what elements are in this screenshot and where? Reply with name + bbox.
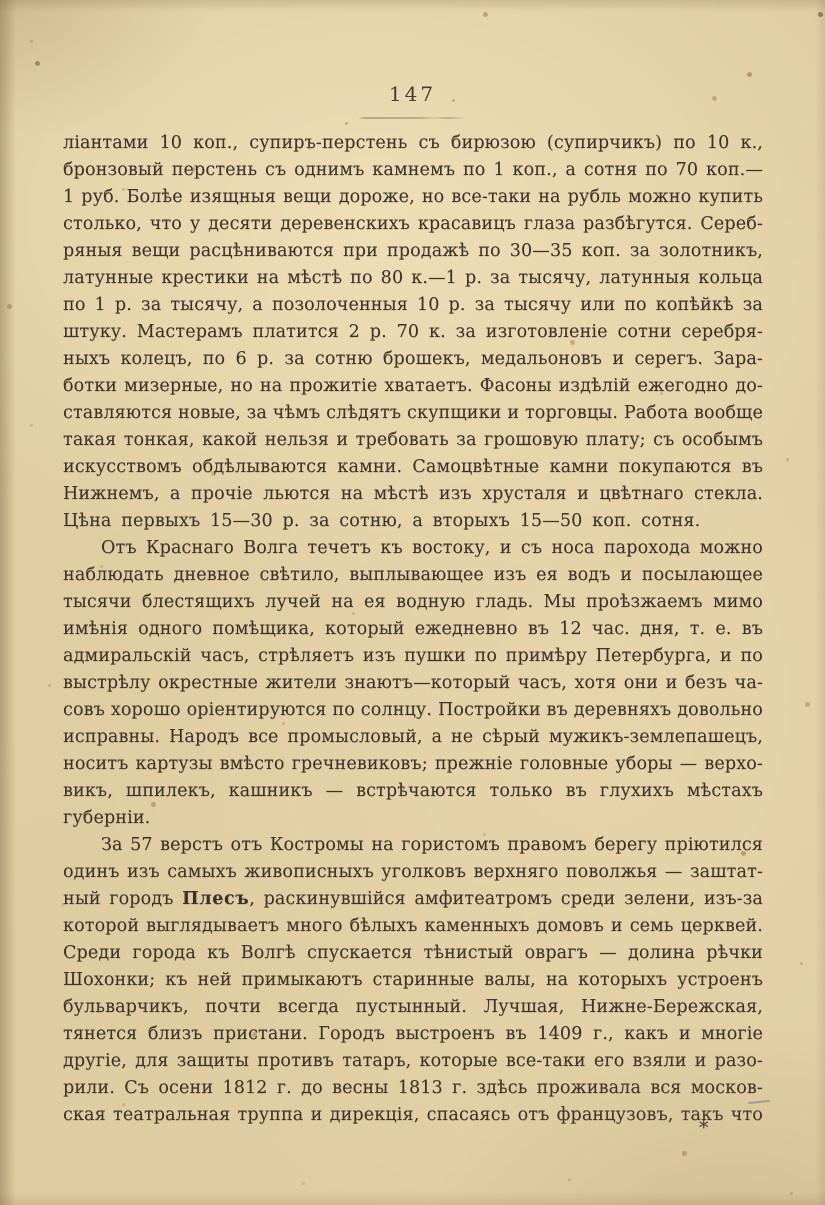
text-run: бронзовый перстень съ однимъ камнемъ по … — [63, 160, 763, 180]
text-run: носитъ картузы вмѣсто гречневиковъ; преж… — [63, 754, 763, 774]
text-run: искусствомъ обдѣлываются камни. Самоцвѣт… — [63, 457, 763, 477]
text-run: Нижнемъ, а прочіе льются на мѣстѣ изъ хр… — [63, 484, 763, 504]
text-run: имѣнія одного помѣщика, который ежедневн… — [63, 619, 763, 639]
text-run: За 57 верстъ отъ Костромы на гористомъ п… — [101, 835, 763, 855]
text-run: викъ, шпилекъ, кашникъ — встрѣчаются тол… — [63, 781, 763, 801]
text-line: латунные крестики на мѣстѣ по 80 к.—1 р.… — [63, 265, 763, 292]
text-line: столько, что у десяти деревенскихъ краса… — [63, 211, 763, 238]
text-block: ліантами 10 коп., супиръ-перстень съ бир… — [63, 130, 763, 1129]
text-line: такая тонкая, какой нельзя и требовать з… — [63, 427, 763, 454]
text-run: Отъ Краснаго Волга течетъ къ востоку, и … — [101, 538, 763, 558]
text-run: ская театральная труппа и дирекція, спас… — [63, 1105, 763, 1125]
text-line: бульварчикъ, почти всегда пустынный. Луч… — [63, 994, 763, 1021]
text-line: Среди города къ Волгѣ спускается тѣнисты… — [63, 940, 763, 967]
text-run: ряныя вещи расцѣниваются при продажѣ по … — [63, 241, 763, 261]
footnote-asterisk: * — [699, 1117, 709, 1139]
text-run: ліантами 10 коп., супиръ-перстень съ бир… — [63, 133, 763, 153]
text-line: исправны. Народъ все промысловый, а не с… — [63, 724, 763, 751]
text-line: ряныя вещи расцѣниваются при продажѣ по … — [63, 238, 763, 265]
text-run: ныхъ колецъ, по 6 р. за сотню брошекъ, м… — [63, 349, 763, 369]
text-line: Нижнемъ, а прочіе льются на мѣстѣ изъ хр… — [63, 481, 763, 508]
text-line: Цѣна первыхъ 15—30 р. за сотню, а вторых… — [63, 508, 763, 535]
text-run: исправны. Народъ все промысловый, а не с… — [63, 727, 763, 747]
text-line: 1 руб. Болѣе изящныя вещи дороже, но все… — [63, 184, 763, 211]
text-line: одинъ изъ самыхъ живописныхъ уголковъ ве… — [63, 859, 763, 886]
text-line: рили. Съ осени 1812 г. до весны 1813 г. … — [63, 1075, 763, 1102]
text-run: совъ хорошо оріентируются по солнцу. Пос… — [63, 700, 763, 720]
book-page: 147 ліантами 10 коп., супиръ-перстень съ… — [0, 0, 825, 1205]
text-run: Среди города къ Волгѣ спускается тѣнисты… — [63, 943, 763, 963]
text-run: одинъ изъ самыхъ живописныхъ уголковъ ве… — [63, 862, 763, 882]
text-run: такая тонкая, какой нельзя и требовать з… — [63, 430, 763, 450]
text-line: которой выглядываетъ много бѣлыхъ каменн… — [63, 913, 763, 940]
text-run: ный городъ — [63, 889, 182, 909]
text-line: тысячи блестящихъ лучей на ея водную гла… — [63, 589, 763, 616]
text-run: рили. Съ осени 1812 г. до весны 1813 г. … — [63, 1078, 763, 1098]
text-line: наблюдать дневное свѣтило, выплывающее и… — [63, 562, 763, 589]
page-number: 147 — [0, 82, 825, 106]
text-run: ботки мизерные, но на прожитіе хватаетъ.… — [63, 376, 763, 396]
text-line: Отъ Краснаго Волга течетъ къ востоку, и … — [63, 535, 763, 562]
text-line: штуку. Мастерамъ платится 2 р. 70 к. за … — [63, 319, 763, 346]
text-run: наблюдать дневное свѣтило, выплывающее и… — [63, 565, 763, 585]
text-run: столько, что у десяти деревенскихъ краса… — [63, 214, 763, 234]
text-run: бульварчикъ, почти всегда пустынный. Луч… — [63, 997, 763, 1021]
text-line: по 1 р. за тысячу, а позолоченныя 10 р. … — [63, 292, 763, 319]
text-run: тысячи блестящихъ лучей на ея водную гла… — [63, 592, 763, 612]
text-line: имѣнія одного помѣщика, который ежедневн… — [63, 616, 763, 643]
text-line: носитъ картузы вмѣсто гречневиковъ; преж… — [63, 751, 763, 778]
text-line: ставляются новые, за чѣмъ слѣдятъ скупщи… — [63, 400, 763, 427]
text-line: ліантами 10 коп., супиръ-перстень съ бир… — [63, 130, 763, 157]
text-line: тянется близъ пристани. Городъ выстроенъ… — [63, 1021, 763, 1048]
page-number-rule — [358, 117, 468, 119]
text-run: другіе, для защиты противъ татаръ, котор… — [63, 1051, 763, 1071]
text-run: 1 руб. Болѣе изящныя вещи дороже, но все… — [63, 187, 763, 207]
text-run: тянется близъ пристани. Городъ выстроенъ… — [63, 1024, 763, 1044]
text-line: выстрѣлу окрестные жители знаютъ—который… — [63, 670, 763, 697]
text-line: За 57 верстъ отъ Костромы на гористомъ п… — [63, 832, 763, 859]
text-run: латунные крестики на мѣстѣ по 80 к.—1 р.… — [63, 268, 763, 288]
text-run: ставляются новые, за чѣмъ слѣдятъ скупщи… — [63, 403, 763, 423]
text-run: выстрѣлу окрестные жители знаютъ—который… — [63, 673, 763, 693]
text-line: ныхъ колецъ, по 6 р. за сотню брошекъ, м… — [63, 346, 763, 373]
text-run: Цѣна первыхъ 15—30 р. за сотню, а вторых… — [63, 511, 700, 531]
text-line: совъ хорошо оріентируются по солнцу. Пос… — [63, 697, 763, 724]
text-run: , раскинувшійся амфитеатромъ среди зелен… — [249, 889, 763, 909]
text-run: Шохонки; къ ней примыкаютъ старинные вал… — [63, 970, 763, 990]
text-line: ботки мизерные, но на прожитіе хватаетъ.… — [63, 373, 763, 400]
text-line: бронзовый перстень съ однимъ камнемъ по … — [63, 157, 763, 184]
text-run: по 1 р. за тысячу, а позолоченныя 10 р. … — [63, 295, 763, 315]
text-line: адмиральскій часъ, стрѣляетъ изъ пушки п… — [63, 643, 763, 670]
text-line: ская театральная труппа и дирекція, спас… — [63, 1102, 763, 1129]
text-line: губерніи. — [63, 805, 763, 832]
text-line: Шохонки; къ ней примыкаютъ старинные вал… — [63, 967, 763, 994]
text-run: адмиральскій часъ, стрѣляетъ изъ пушки п… — [63, 646, 763, 666]
text-line: ный городъ Плесъ, раскинувшійся амфитеат… — [63, 886, 763, 913]
text-run: штуку. Мастерамъ платится 2 р. 70 к. за … — [63, 322, 763, 342]
text-run: которой выглядываетъ много бѣлыхъ каменн… — [63, 916, 763, 936]
text-line: другіе, для защиты противъ татаръ, котор… — [63, 1048, 763, 1075]
text-line: искусствомъ обдѣлываются камни. Самоцвѣт… — [63, 454, 763, 481]
emphasized-word: Плесъ — [182, 889, 249, 909]
text-line: викъ, шпилекъ, кашникъ — встрѣчаются тол… — [63, 778, 763, 805]
text-run: губерніи. — [63, 808, 150, 828]
